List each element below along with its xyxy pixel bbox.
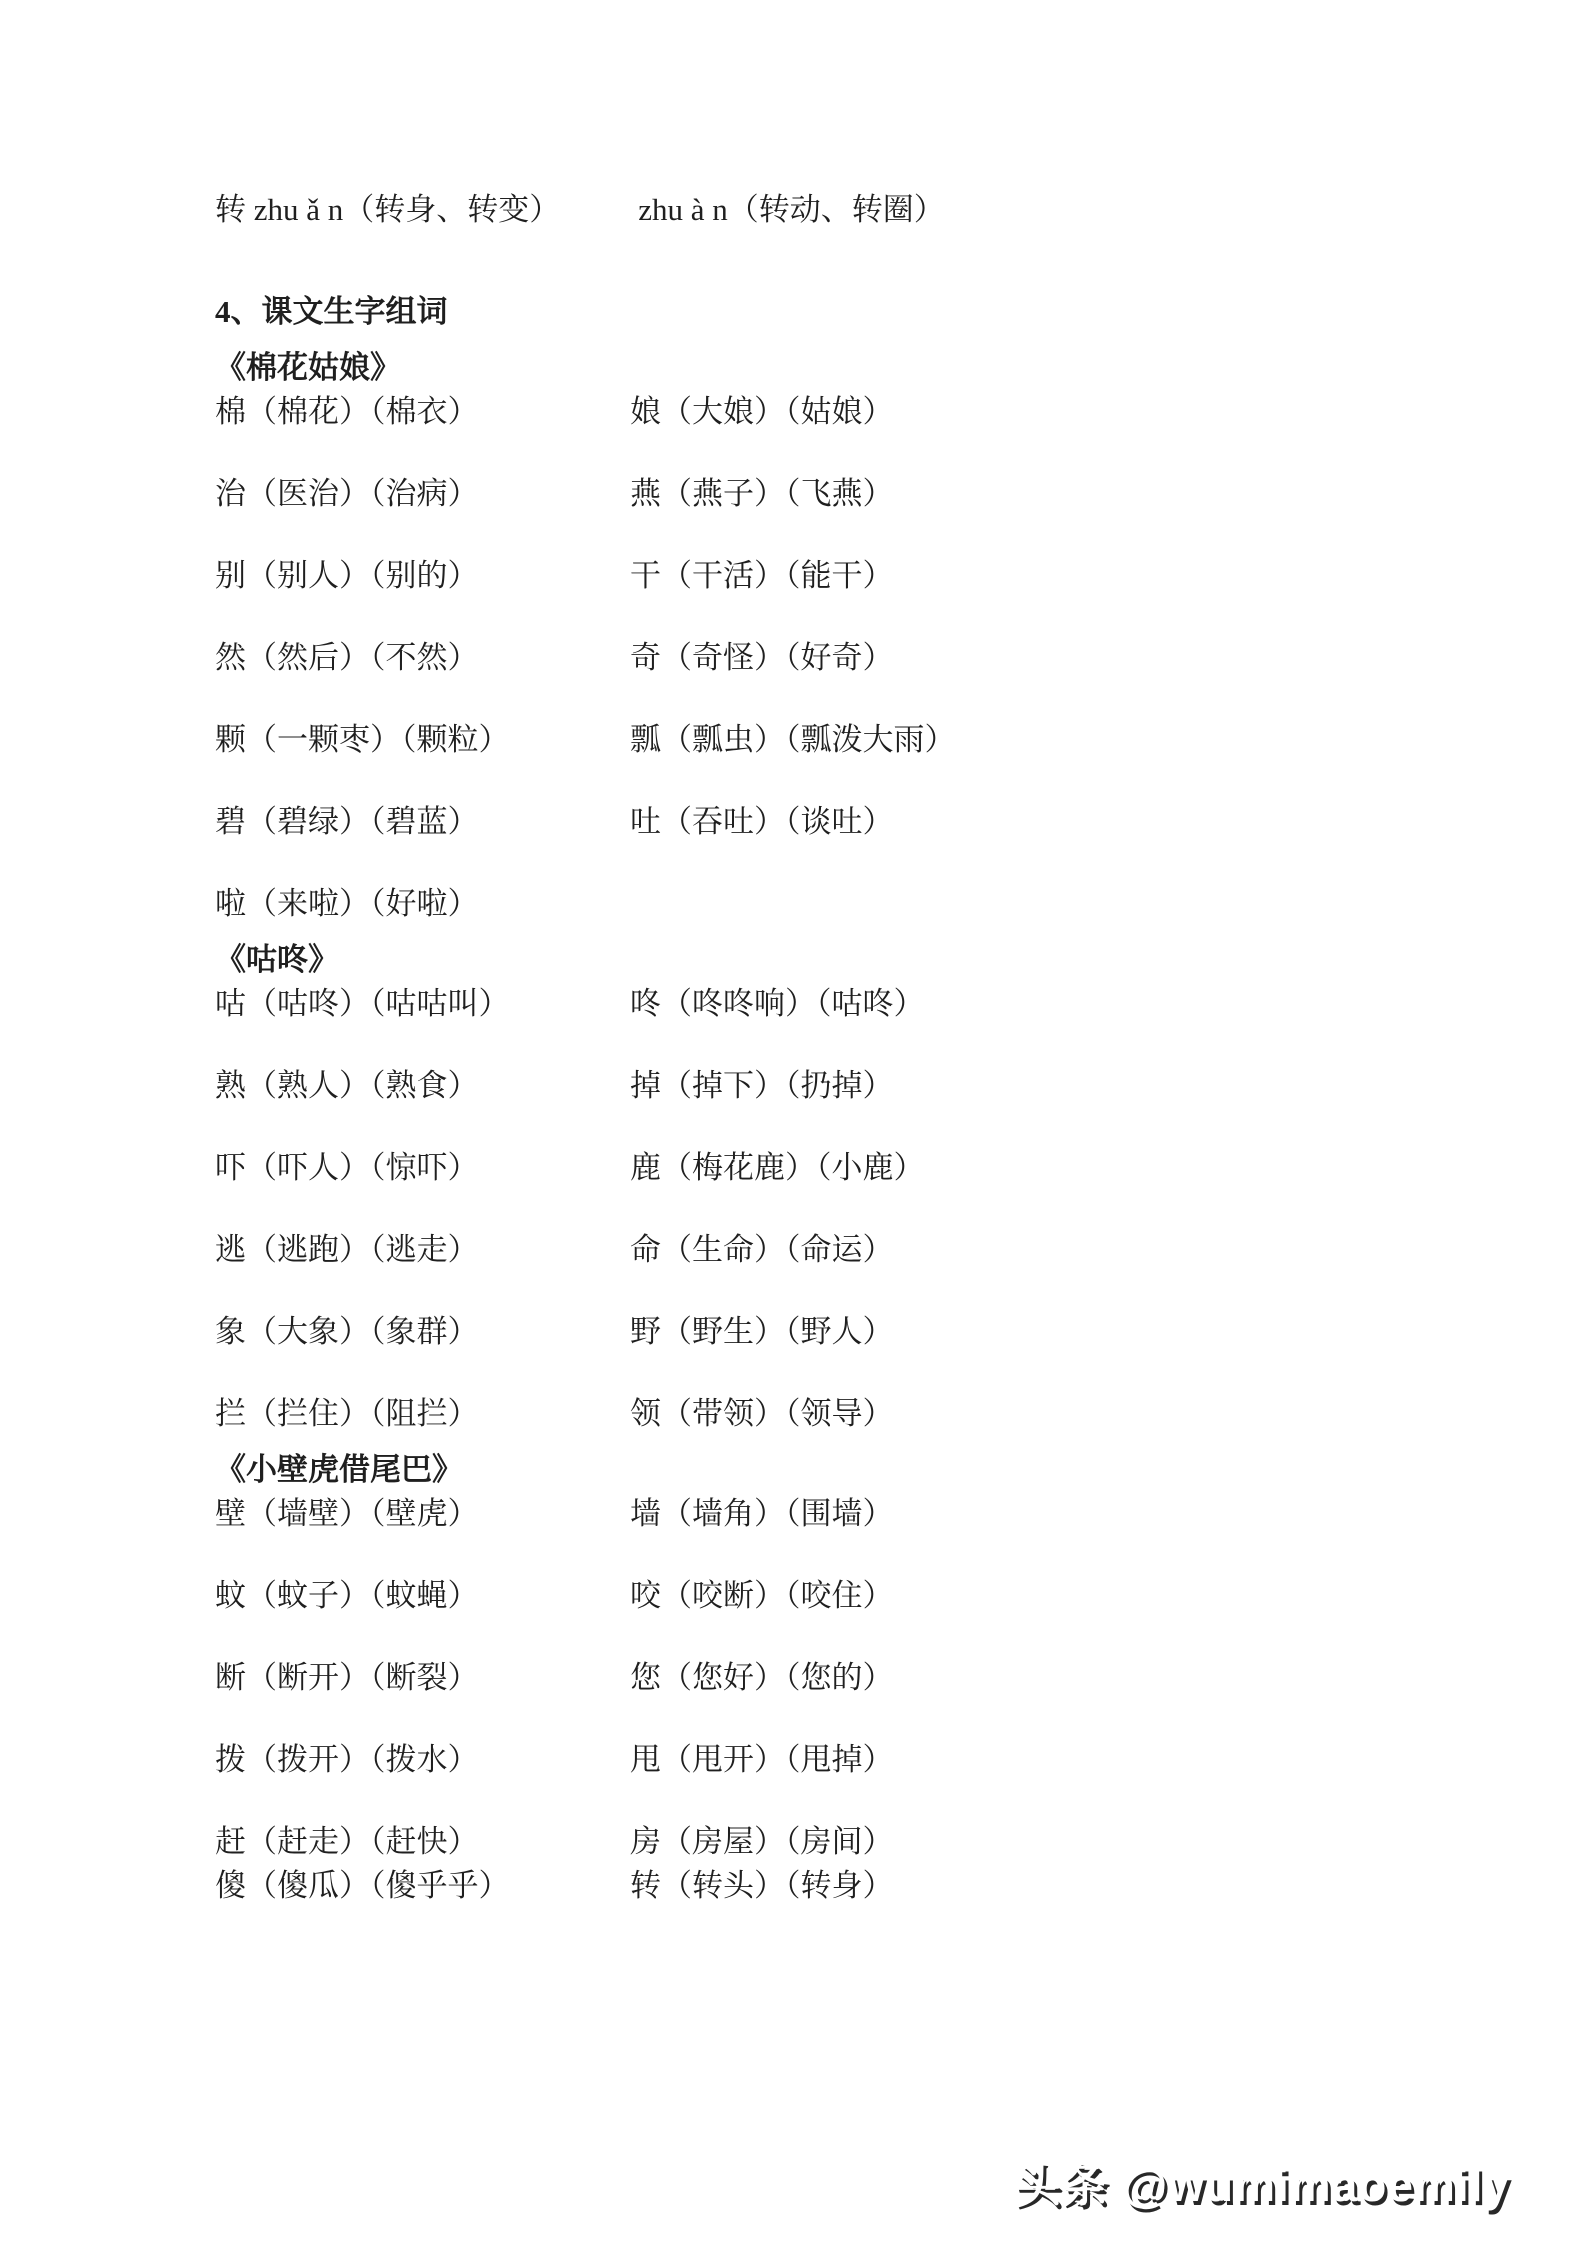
entry-left: 治（医治）（治病） xyxy=(215,472,630,516)
entry-left: 拦（拦住）（阻拦） xyxy=(215,1392,630,1436)
entry-right: 奇（奇怪）（好奇） xyxy=(630,636,894,680)
entry-left: 逃（逃跑）（逃走） xyxy=(215,1228,630,1272)
entry-row: 咕（咕咚）（咕咕叫） 咚（咚咚响）（咕咚） xyxy=(215,982,1527,1026)
entry-right: 咬（咬断）（咬住） xyxy=(630,1574,894,1618)
entry-row: 蚊（蚊子）（蚊蝇） 咬（咬断）（咬住） xyxy=(215,1574,1527,1618)
entry-left: 棉（棉花）（棉衣） xyxy=(215,390,630,434)
entry-right: 甩（甩开）（甩掉） xyxy=(630,1738,894,1782)
entry-row: 拦（拦住）（阻拦） 领（带领）（领导） xyxy=(215,1392,1527,1436)
entry-left: 碧（碧绿）（碧蓝） xyxy=(215,800,630,844)
entry-right: 墙（墙角）（围墙） xyxy=(630,1492,894,1536)
entry-right: 掉（掉下）（扔掉） xyxy=(630,1064,894,1108)
entry-right: 野（野生）（野人） xyxy=(630,1310,894,1354)
lesson-title: 《棉花姑娘》 xyxy=(215,346,1527,390)
entry-left: 拨（拨开）（拨水） xyxy=(215,1738,630,1782)
pinyin-pronunciation-line: 转 zhu ǎ n（转身、转变） zhu à n（转动、转圈） xyxy=(215,188,1527,232)
entry-row: 吓（吓人）（惊吓） 鹿（梅花鹿）（小鹿） xyxy=(215,1146,1527,1190)
entry-left: 吓（吓人）（惊吓） xyxy=(215,1146,630,1190)
entry-row: 熟（熟人）（熟食） 掉（掉下）（扔掉） xyxy=(215,1064,1527,1108)
section-gudong: 《咕咚》 咕（咕咚）（咕咕叫） 咚（咚咚响）（咕咚） 熟（熟人）（熟食） 掉（掉… xyxy=(215,938,1527,1436)
entry-right: 咚（咚咚响）（咕咚） xyxy=(630,982,925,1026)
entry-row: 拨（拨开）（拨水） 甩（甩开）（甩掉） xyxy=(215,1738,1527,1782)
entry-right: 燕（燕子）（飞燕） xyxy=(630,472,894,516)
entry-row: 赶（赶走）（赶快） 房（房屋）（房间） xyxy=(215,1820,1527,1864)
entry-row: 治（医治）（治病） 燕（燕子）（飞燕） xyxy=(215,472,1527,516)
entry-left: 熟（熟人）（熟食） xyxy=(215,1064,630,1108)
entry-left: 断（断开）（断裂） xyxy=(215,1656,630,1700)
entry-left: 啦（来啦）（好啦） xyxy=(215,882,630,926)
toutiao-watermark: 头条 @wumimaoemily xyxy=(1015,2149,1510,2215)
entry-row: 别（别人）（别的） 干（干活）（能干） xyxy=(215,554,1527,598)
entry-row: 断（断开）（断裂） 您（您好）（您的） xyxy=(215,1656,1527,1700)
entry-right: 命（生命）（命运） xyxy=(630,1228,894,1272)
entry-left: 颗（一颗枣）（颗粒） xyxy=(215,718,630,762)
entry-left: 咕（咕咚）（咕咕叫） xyxy=(215,982,630,1026)
entry-right: 您（您好）（您的） xyxy=(630,1656,894,1700)
entry-row: 傻（傻瓜）（傻乎乎） 转（转头）（转身） xyxy=(215,1864,1527,1908)
entry-row: 棉（棉花）（棉衣） 娘（大娘）（姑娘） xyxy=(215,390,1527,434)
entry-right: 干（干活）（能干） xyxy=(630,554,894,598)
section-mianhua-guniang: 《棉花姑娘》 棉（棉花）（棉衣） 娘（大娘）（姑娘） 治（医治）（治病） 燕（燕… xyxy=(215,346,1527,926)
document-body: 转 zhu ǎ n（转身、转变） zhu à n（转动、转圈） 4、课文生字组词… xyxy=(215,188,1527,1908)
entry-right: 瓢（瓢虫）（瓢泼大雨） xyxy=(630,718,956,762)
entry-right: 娘（大娘）（姑娘） xyxy=(630,390,894,434)
pinyin-zhuan3: 转 zhu ǎ n（转身、转变） xyxy=(215,188,560,232)
section-heading: 4、课文生字组词 xyxy=(215,290,1527,334)
entry-row: 壁（墙壁）（壁虎） 墙（墙角）（围墙） xyxy=(215,1492,1527,1536)
lesson-title: 《咕咚》 xyxy=(215,938,1527,982)
entry-row: 然（然后）（不然） 奇（奇怪）（好奇） xyxy=(215,636,1527,680)
entry-row: 逃（逃跑）（逃走） 命（生命）（命运） xyxy=(215,1228,1527,1272)
entry-row: 碧（碧绿）（碧蓝） 吐（吞吐）（谈吐） xyxy=(215,800,1527,844)
entry-right: 领（带领）（领导） xyxy=(630,1392,894,1436)
section-xiaobihu-jieweiba: 《小壁虎借尾巴》 壁（墙壁）（壁虎） 墙（墙角）（围墙） 蚊（蚊子）（蚊蝇） 咬… xyxy=(215,1448,1527,1908)
entry-row: 象（大象）（象群） 野（野生）（野人） xyxy=(215,1310,1527,1354)
pinyin-zhuan4: zhu à n（转动、转圈） xyxy=(638,188,945,232)
entry-right: 房（房屋）（房间） xyxy=(630,1820,894,1864)
entry-row: 颗（一颗枣）（颗粒） 瓢（瓢虫）（瓢泼大雨） xyxy=(215,718,1527,762)
entry-right: 鹿（梅花鹿）（小鹿） xyxy=(630,1146,925,1190)
entry-left: 然（然后）（不然） xyxy=(215,636,630,680)
entry-left: 别（别人）（别的） xyxy=(215,554,630,598)
entry-left: 蚊（蚊子）（蚊蝇） xyxy=(215,1574,630,1618)
entry-right: 转（转头）（转身） xyxy=(630,1864,894,1908)
entry-right: 吐（吞吐）（谈吐） xyxy=(630,800,894,844)
lesson-title: 《小壁虎借尾巴》 xyxy=(215,1448,1527,1492)
entry-row: 啦（来啦）（好啦） xyxy=(215,882,1527,926)
page: { "page": { "background_color": "#ffffff… xyxy=(0,0,1587,2245)
entry-left: 壁（墙壁）（壁虎） xyxy=(215,1492,630,1536)
entry-left: 傻（傻瓜）（傻乎乎） xyxy=(215,1864,630,1908)
entry-left: 象（大象）（象群） xyxy=(215,1310,630,1354)
entry-left: 赶（赶走）（赶快） xyxy=(215,1820,630,1864)
